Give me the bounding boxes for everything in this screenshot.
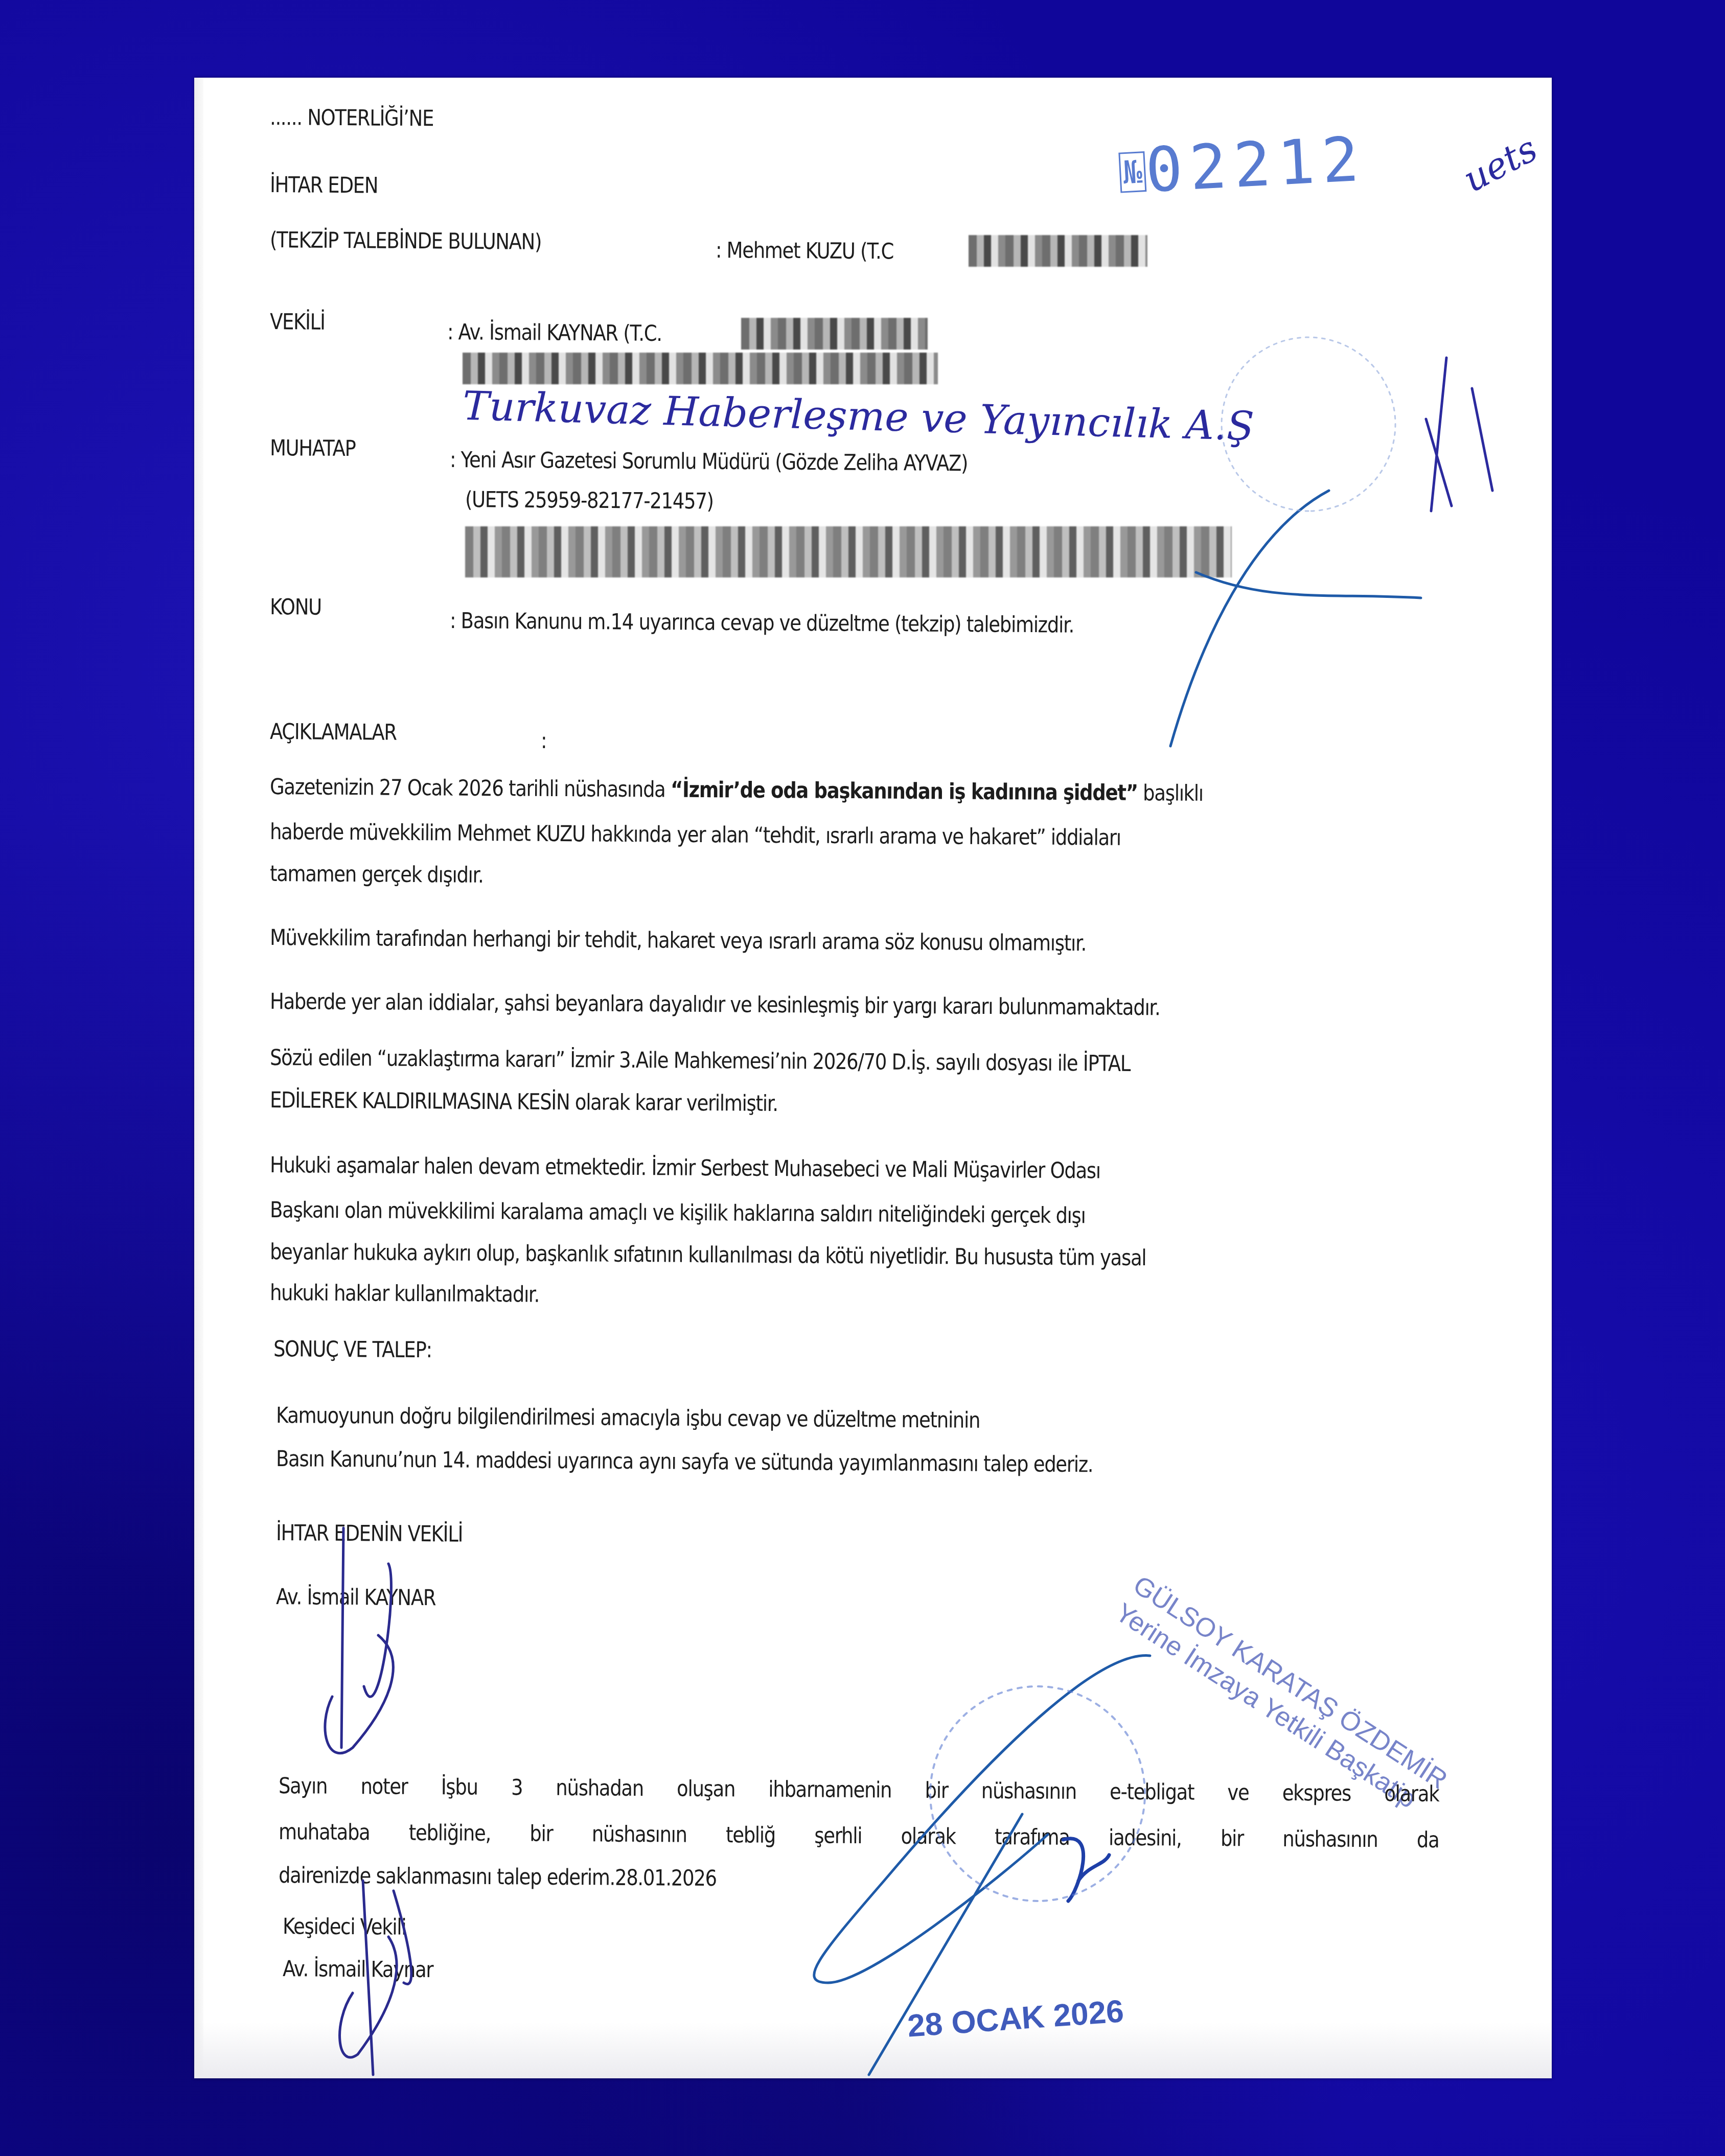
notary-request-line-3: dairenizde saklanmasını talep ederim.28.… xyxy=(279,1863,717,1891)
aciklamalar-colon: : xyxy=(541,728,546,754)
signature-name-2: Av. İsmail Kaynar xyxy=(283,1956,433,1983)
vekili-label: VEKİLİ xyxy=(270,309,325,335)
muhatap-label: MUHATAP xyxy=(270,435,356,461)
muhatap-uets: (UETS 25959-82177-21457) xyxy=(465,487,714,514)
signature-title-1: İHTAR EDENİN VEKİLİ xyxy=(276,1520,463,1547)
konu-value: : Basın Kanunu m.14 uyarınca cevap ve dü… xyxy=(450,608,1074,638)
addressee-heading: ...... NOTERLİĞİ’NE xyxy=(270,105,433,131)
muhatap-value: : Yeni Asır Gazetesi Sorumlu Müdürü (Göz… xyxy=(450,447,968,476)
sonuc-line-1: Kamuoyunun doğru bilgilendirilmesi amacı… xyxy=(276,1403,980,1433)
aciklamalar-heading: AÇIKLAMALAR xyxy=(270,719,397,746)
ihtar-eden-label: İHTAR EDEN xyxy=(270,172,378,198)
redacted-address xyxy=(465,526,1232,577)
serial-number-stamp: №02212 xyxy=(1118,124,1368,207)
serial-number: 02212 xyxy=(1144,124,1368,206)
redacted-tc-number xyxy=(741,318,928,350)
ihtar-eden-value: : Mehmet KUZU (T.C xyxy=(716,238,893,264)
signature-name-1: Av. İsmail KAYNAR xyxy=(276,1584,435,1611)
numero-sign: № xyxy=(1118,151,1146,193)
signature-title-2: Keşideci Vekili xyxy=(283,1914,406,1940)
text: Gazetenizin 27 Ocak 2026 tarihli nüshası… xyxy=(270,774,671,803)
paragraph-4-line-2: EDİLEREK KALDIRILMASINA KESİN olarak kar… xyxy=(270,1087,778,1117)
paragraph-1-line-3: tamamen gerçek dışıdır. xyxy=(270,861,484,888)
paragraph-5-line-4: hukuki haklar kullanılmaktadır. xyxy=(270,1280,539,1308)
konu-label: KONU xyxy=(270,594,321,620)
redacted-address xyxy=(463,353,938,384)
redacted-tc-number xyxy=(969,235,1147,267)
sonuc-heading: SONUÇ VE TALEP: xyxy=(273,1336,432,1363)
news-headline: “İzmir’de oda başkanından iş kadınına şi… xyxy=(671,777,1138,806)
vekili-value: : Av. İsmail KAYNAR (T.C. xyxy=(447,319,662,346)
tekzip-label: (TEKZİP TALEBİNDE BULUNAN) xyxy=(270,227,541,255)
text: başlıklı xyxy=(1138,780,1203,806)
